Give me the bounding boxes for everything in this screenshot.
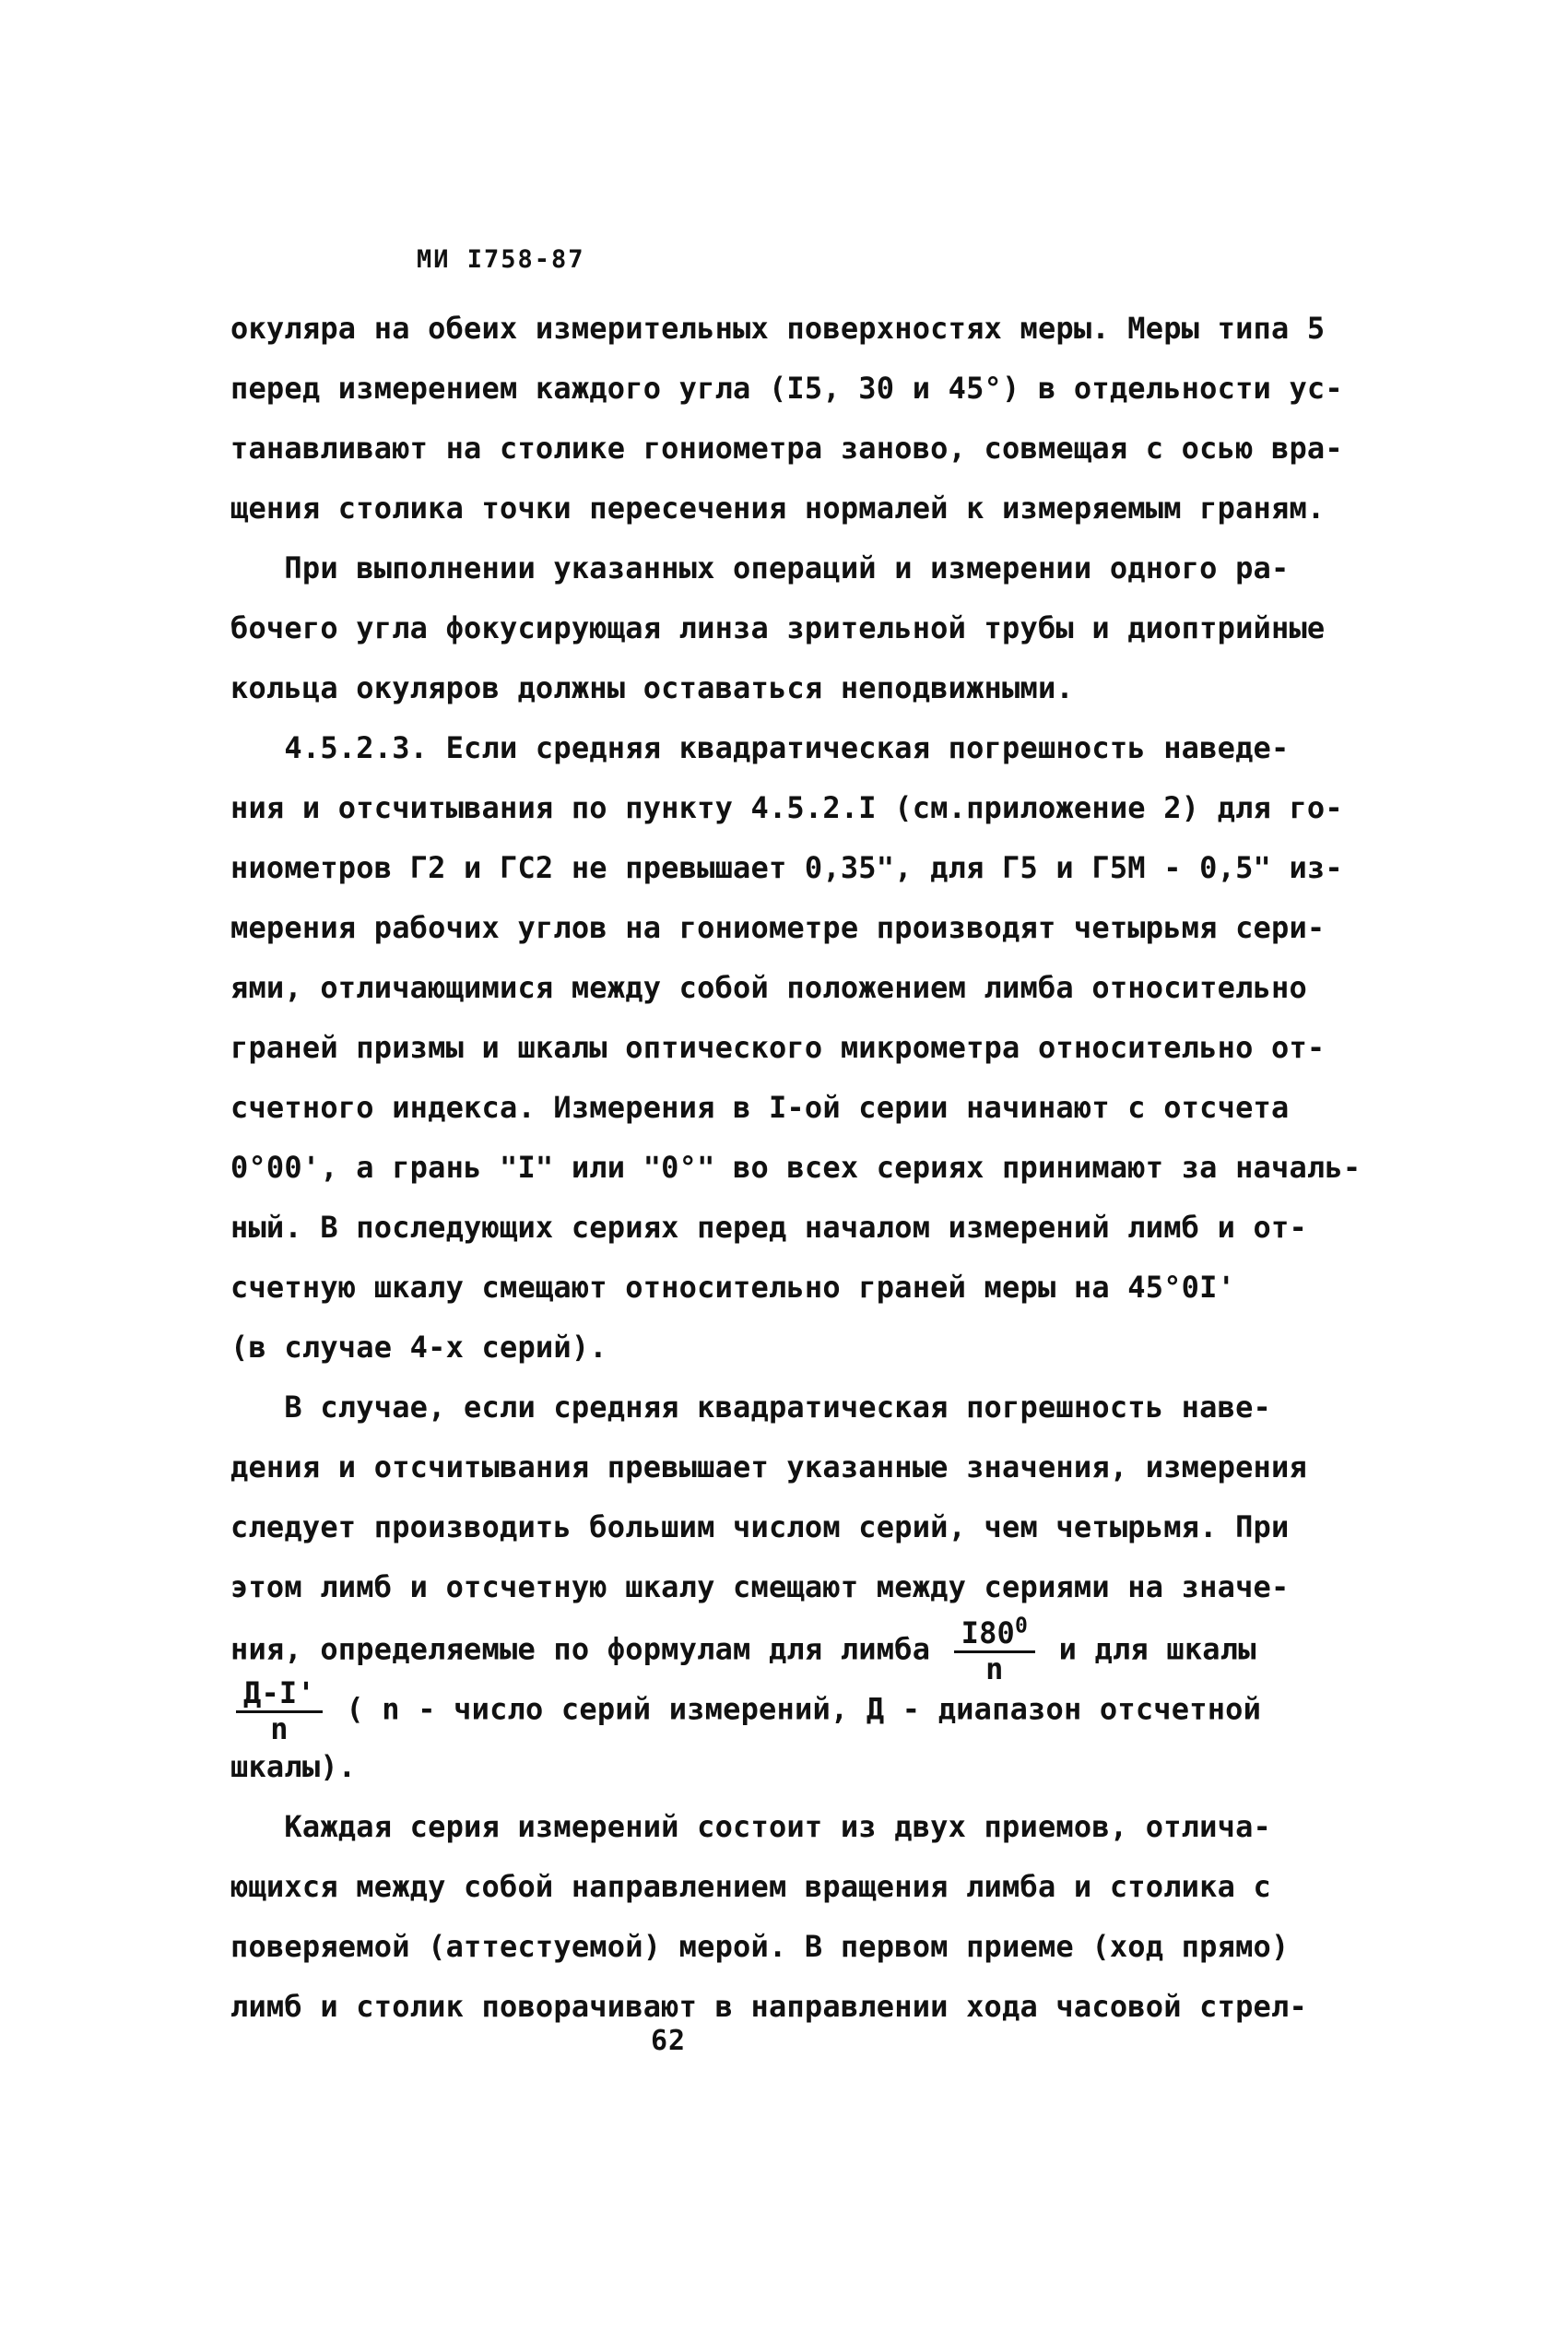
scale-offset-formula: Д-I'n xyxy=(236,1677,323,1745)
text-line: граней призмы и шкалы оптического микром… xyxy=(230,1018,1361,1078)
fraction-numerator-value: I80 xyxy=(961,1615,1015,1650)
text-line: 4.5.2.3. Если средняя квадратическая пог… xyxy=(230,718,1361,778)
text-line: перед измерением каждого угла (I5, 30 и … xyxy=(230,359,1361,419)
text-line: ющихся между собой направлением вращения… xyxy=(230,1857,1361,1917)
text-line: щения столика точки пересечения нормалей… xyxy=(230,479,1361,538)
text-line: следует производить большим числом серий… xyxy=(230,1497,1361,1557)
text-line: лимб и столик поворачивают в направлении… xyxy=(230,1977,1361,2037)
text-line: 0°00', а грань "I" или "0°" во всех сери… xyxy=(230,1138,1361,1198)
text-line: бочего угла фокусирующая линза зрительно… xyxy=(230,598,1361,658)
text-line: ниометров Г2 и ГС2 не превышает 0,35", д… xyxy=(230,838,1361,898)
fraction-numerator: Д-I' xyxy=(236,1677,323,1713)
text-line-with-formula: Д-I'n ( n - число серий измерений, Д - д… xyxy=(230,1677,1361,1737)
text-line: кольца окуляров должны оставаться неподв… xyxy=(230,658,1361,718)
text-line: ями, отличающимися между собой положение… xyxy=(230,958,1361,1018)
formula-line-pre: ния, определяемые по формулам для лимба xyxy=(230,1632,949,1667)
text-line: (в случае 4-х серий). xyxy=(230,1318,1361,1378)
formula-line-post: и для шкалы xyxy=(1041,1632,1256,1667)
text-line: танавливают на столике гониометра заново… xyxy=(230,419,1361,479)
text-line: ния и отсчитывания по пункту 4.5.2.I (см… xyxy=(230,778,1361,838)
text-line: дения и отсчитывания превышает указанные… xyxy=(230,1437,1361,1497)
text-line: счетную шкалу смещают относительно гране… xyxy=(230,1258,1361,1318)
formula-line-post: ( n - число серий измерений, Д - диапазо… xyxy=(328,1692,1261,1727)
text-line-with-formula: ния, определяемые по формулам для лимба … xyxy=(230,1617,1361,1677)
text-line: счетного индекса. Измерения в I-ой серии… xyxy=(230,1078,1361,1138)
fraction-numerator: I800 xyxy=(954,1617,1035,1653)
text-line: мерения рабочих углов на гониометре прои… xyxy=(230,898,1361,958)
text-line: В случае, если средняя квадратическая по… xyxy=(230,1378,1361,1437)
limb-offset-formula: I800n xyxy=(954,1617,1035,1685)
text-line: окуляра на обеих измерительных поверхнос… xyxy=(230,299,1361,359)
document-body: окуляра на обеих измерительных поверхнос… xyxy=(230,299,1361,2037)
document-page: МИ I758-87 окуляра на обеих измерительны… xyxy=(0,0,1568,2330)
document-code-header: МИ I758-87 xyxy=(417,245,585,274)
text-line: Каждая серия измерений состоит из двух п… xyxy=(230,1797,1361,1857)
text-line: ный. В последующих сериях перед началом … xyxy=(230,1198,1361,1258)
text-line: этом лимб и отсчетную шкалу смещают межд… xyxy=(230,1557,1361,1617)
text-line: шкалы). xyxy=(230,1737,1361,1797)
text-line: поверяемой (аттестуемой) мерой. В первом… xyxy=(230,1917,1361,1977)
degree-superscript: 0 xyxy=(1015,1614,1028,1638)
page-number: 62 xyxy=(651,2025,686,2057)
text-line: При выполнении указанных операций и изме… xyxy=(230,538,1361,598)
